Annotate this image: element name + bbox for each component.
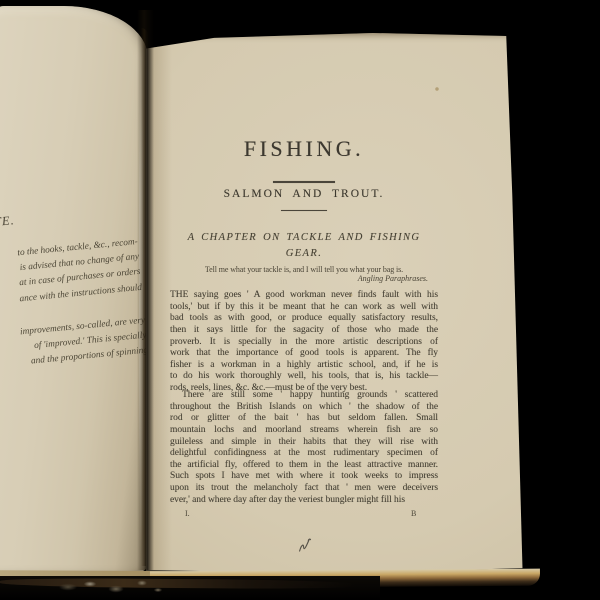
right-page: FISHING. SALMON AND TROUT. A CHAPTER ON … [146,33,524,573]
text-line: Such spots I have met with where it took… [170,471,438,483]
text-line: then it says little for the sagacity of … [170,325,438,337]
text-line: delightful confidingness at the most rud… [170,448,438,460]
text-line: rod or glitter of the bait ' has but sel… [170,413,438,425]
text-line: the artificial fly, offered to them in t… [170,460,438,472]
text-line: ever,' and where day after day the verie… [170,495,438,507]
text-line: work that the importance of good tools i… [170,348,438,360]
left-page-text: to the hooks, tackle, &c., recom- is adv… [0,235,149,381]
left-page-heading-fragment: TE. [0,213,15,230]
epigraph: Tell me what your tackle is, and I will … [170,265,438,274]
text-line: upon its trout the melancholy fact that … [170,483,438,495]
frayed-binding-threads [58,578,178,596]
text-line: mountain lochs and moorland streams wher… [170,425,438,437]
text-column: FISHING. SALMON AND TROUT. A CHAPTER ON … [170,33,438,573]
epigraph-attribution: Angling Paraphrases. [170,274,428,283]
text-line: tools,' but if by this it be meant that … [170,302,438,314]
pencil-mark-icon [298,537,313,554]
text-line: bad tools as with good, or produce equal… [170,313,438,325]
text-line: fisher is a workman in a highly artistic… [170,360,438,372]
text-line: to do his work thoroughly well, his tool… [170,371,438,383]
section-divider-rule [281,210,327,211]
chapter-heading-line1: A CHAPTER ON TACKLE AND FISHING [170,231,438,244]
paragraph-1: THE saying goes ' A good workman never f… [170,290,438,395]
text-line: proverb. It is specially in the more art… [170,337,438,349]
gathering-signature: B [411,509,416,518]
book-photo: TE. to the hooks, tackle, &c., recom- is… [0,0,600,600]
section-heading: SALMON AND TROUT. [170,187,438,201]
chapter-heading-line2: GEAR. [170,247,438,260]
text-line: guileless and simple in their habits tha… [170,437,438,449]
text-line: There are still some ' happy hunting gro… [170,390,438,402]
text-line: throughout the British Islands on which … [170,402,438,414]
text-line: THE saying goes ' A good workman never f… [170,290,438,302]
title-divider-rule [273,181,335,183]
page-title: FISHING. [170,137,438,161]
left-page: TE. to the hooks, tackle, &c., recom- is… [0,6,148,572]
paragraph-2: There are still some ' happy hunting gro… [170,390,438,506]
volume-signature: I. [185,509,190,518]
page-footer: I. B [170,509,438,521]
